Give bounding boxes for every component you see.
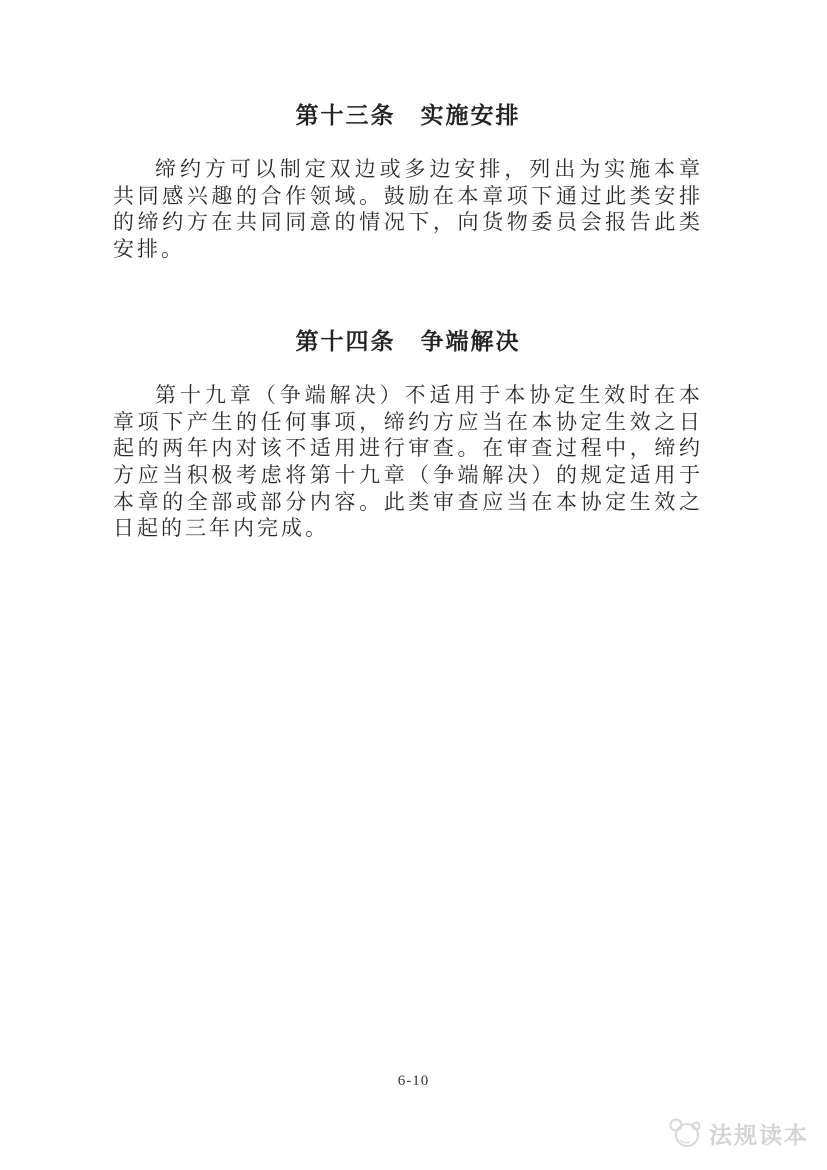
article-13-heading: 第十三条 实施安排 <box>113 97 703 130</box>
article-13-paragraph: 缔约方可以制定双边或多边安排，列出为实施本章共同感兴趣的合作领域。鼓励在本章项下… <box>113 156 703 263</box>
page-number: 6-10 <box>0 1073 827 1090</box>
document-content: 第十三条 实施安排 缔约方可以制定双边或多边安排，列出为实施本章共同感兴趣的合作… <box>113 0 703 542</box>
article-14-heading: 第十四条 争端解决 <box>113 323 703 356</box>
watermark-label: 法规读本 <box>709 1117 809 1150</box>
panda-logo-icon <box>666 1116 704 1150</box>
article-14-paragraph: 第十九章（争端解决）不适用于本协定生效时在本章项下产生的任何事项，缔约方应当在本… <box>113 382 703 542</box>
publisher-watermark: 法规读本 <box>666 1116 809 1150</box>
document-page: 第十三条 实施安排 缔约方可以制定双边或多边安排，列出为实施本章共同感兴趣的合作… <box>0 0 827 1170</box>
